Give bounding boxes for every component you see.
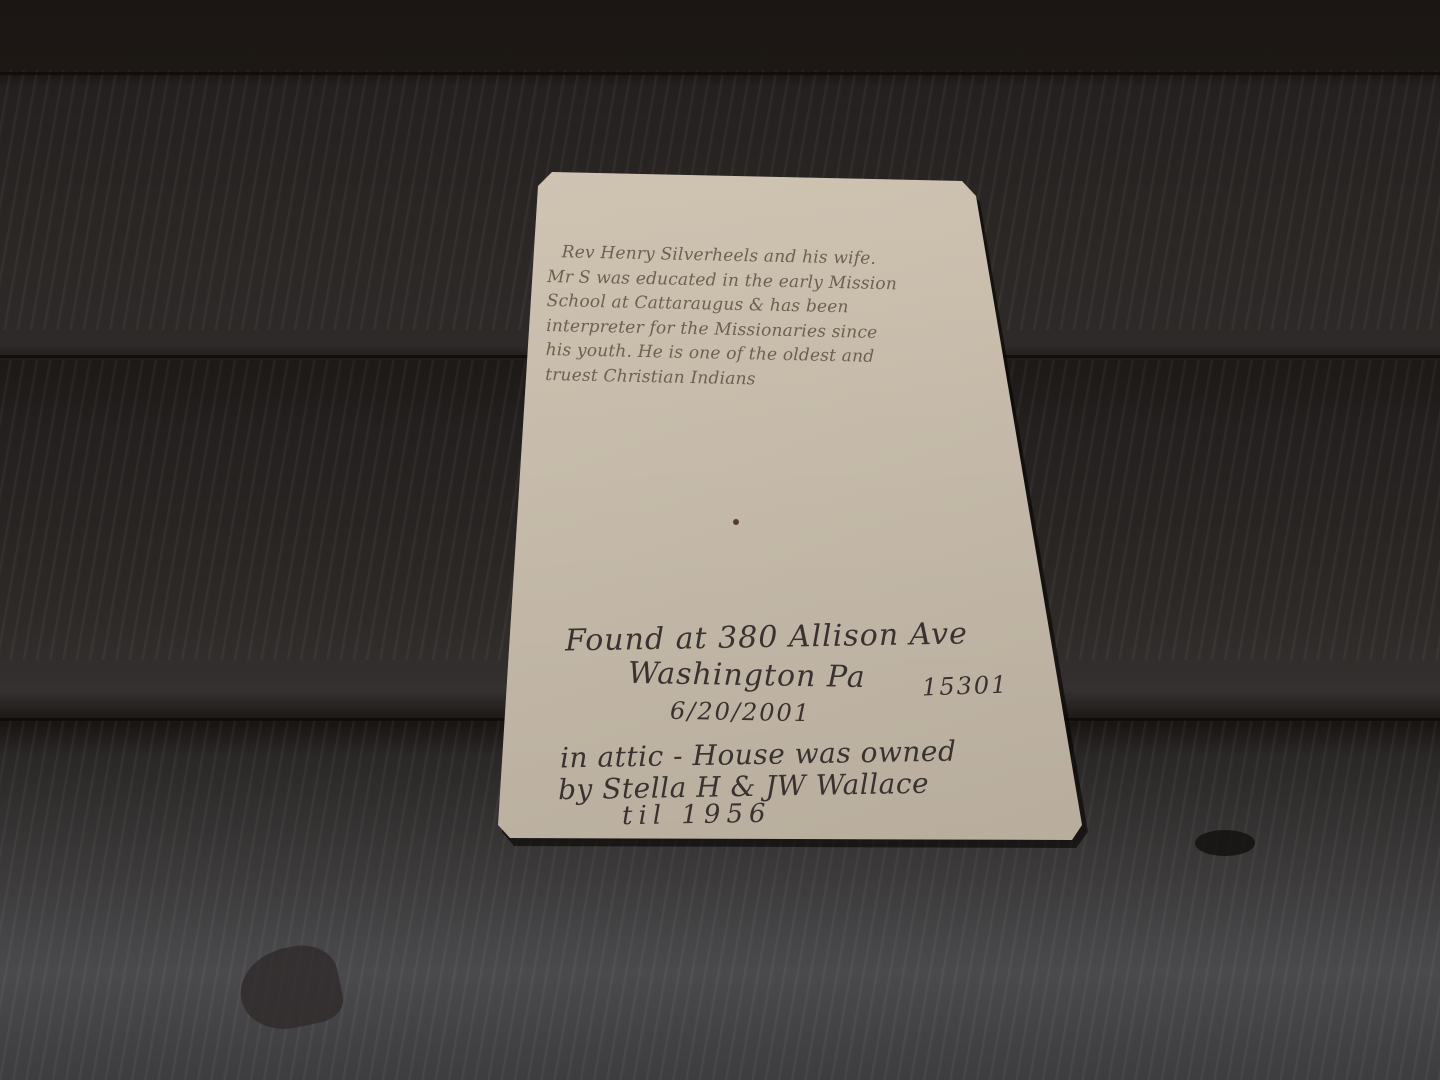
found-date: 6/20/2001 xyxy=(670,697,812,727)
card-spot xyxy=(733,519,739,525)
photo-scene: Rev Henry Silverheels and his wife. Mr S… xyxy=(0,0,1440,1080)
until-year-line: til 1956 xyxy=(622,799,772,832)
plank-seam xyxy=(0,72,1440,75)
zip-code: 15301 xyxy=(922,671,1009,702)
city-state-line: Washington Pa xyxy=(628,656,866,695)
old-inscription: Rev Henry Silverheels and his wife. Mr S… xyxy=(545,240,998,396)
wood-knot xyxy=(1195,830,1255,856)
found-location-line: Found at 380 Allison Ave xyxy=(565,616,968,658)
